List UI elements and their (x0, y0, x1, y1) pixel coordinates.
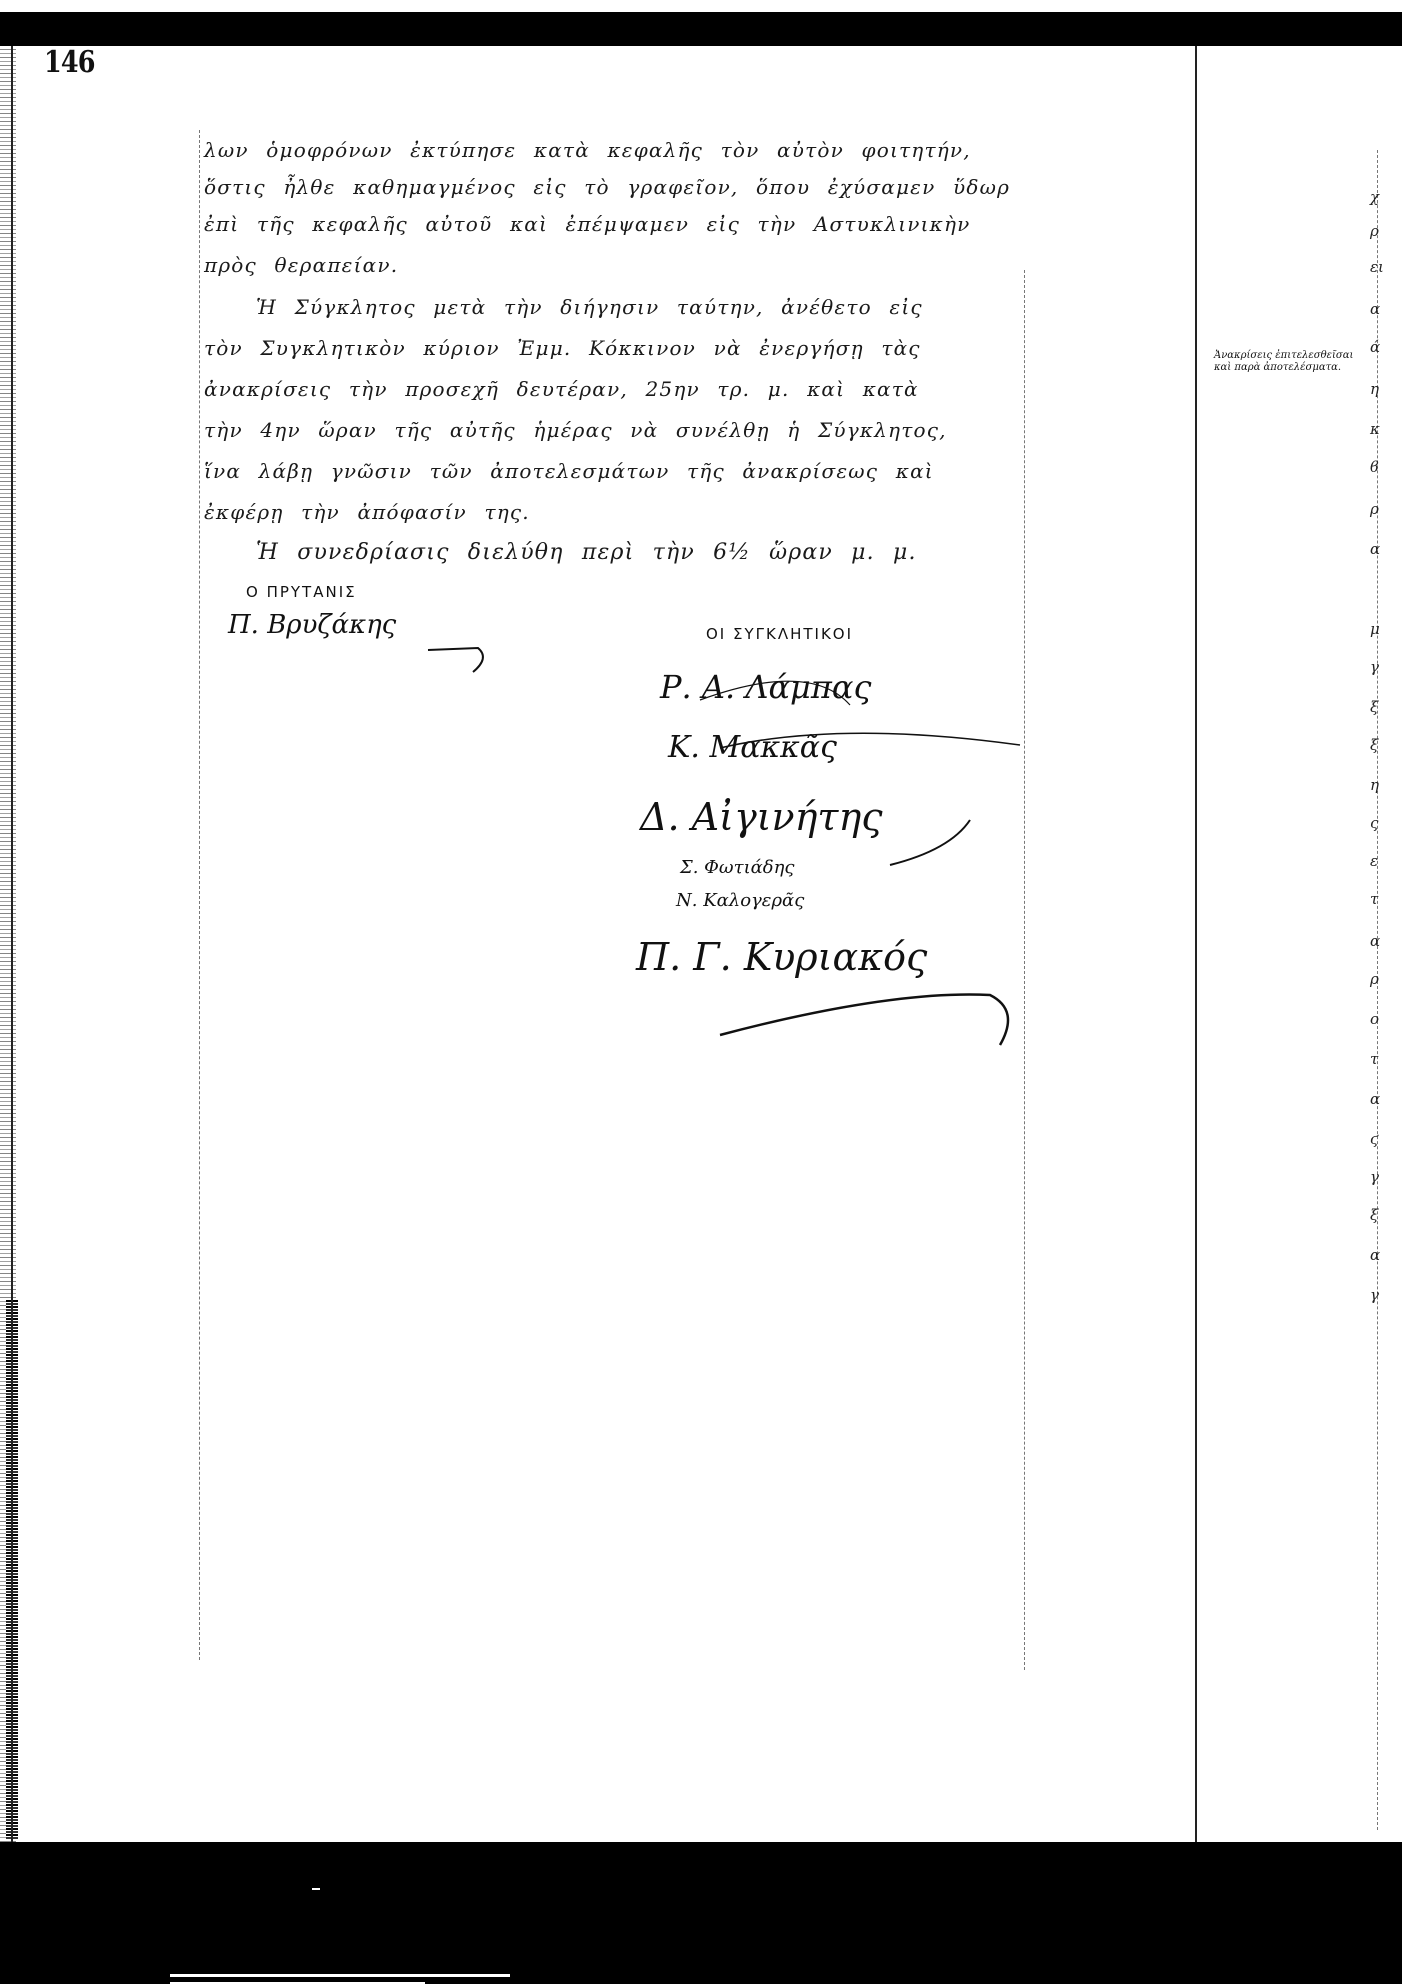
edge-letter: τ (1370, 890, 1378, 908)
body-line: Ἡ Σύγκλητος μετὰ τὴν διήγησιν ταύτην, ἀν… (256, 295, 923, 319)
edge-letter: χ (1370, 188, 1379, 206)
edge-letter: ε (1370, 852, 1378, 870)
edge-letter: γ (1370, 1286, 1379, 1304)
scan-top-border (0, 12, 1402, 46)
body-line: ἀνακρίσεις τὴν προσεχῆ δευτέραν, 25ην τρ… (204, 377, 919, 401)
edge-letter: α (1370, 1246, 1380, 1264)
edge-letter: ο (1370, 1010, 1379, 1028)
scan-bottom-border (0, 1842, 1402, 1984)
edge-letter: η (1370, 380, 1379, 398)
rector-label: Ο ΠΡΥΤΑΝΙΣ (246, 583, 357, 601)
edge-letter: γ (1370, 1168, 1379, 1186)
edge-letter: α (1370, 540, 1380, 558)
body-line: τὸν Συγκλητικὸν κύριον Ἐμμ. Κόκκινον νὰ … (204, 336, 921, 360)
scan-artifact-mark (312, 1888, 320, 1890)
signature-flourishes-icon (690, 650, 1030, 1050)
page-number: 146 (44, 45, 95, 80)
body-line: ὅστις ἦλθε καθημαγμένος εἰς τὸ γραφεῖον,… (204, 175, 1010, 199)
signature-flourish-icon (228, 610, 488, 680)
edge-letter: α (1370, 300, 1380, 318)
margin-annotation: Ἀνακρίσεις ἐπιτελεσθεῖσαι καὶ παρὰ ἀποτε… (1214, 350, 1354, 374)
body-line: τὴν 4ην ὥραν τῆς αὐτῆς ἡμέρας νὰ συνέλθῃ… (204, 418, 947, 442)
edge-letter: ϐ (1370, 458, 1379, 476)
body-line: ἵνα λάβῃ γνῶσιν τῶν ἀποτελεσμάτων τῆς ἀν… (204, 459, 934, 483)
edge-letter: γ (1370, 658, 1379, 676)
adjacent-page-rule (1377, 150, 1378, 1830)
edge-letter: ρ (1370, 970, 1379, 988)
edge-letter: α (1370, 1090, 1380, 1108)
body-line: πρὸς θεραπείαν. (204, 253, 398, 277)
edge-letter: μ (1370, 620, 1380, 638)
edge-letter: ξ (1370, 1206, 1378, 1224)
page-left-border-line (11, 46, 13, 1842)
body-line: λων ὁμοφρόνων ἐκτύπησε κατὰ κεφαλῆς τὸν … (204, 138, 971, 162)
edge-letter: ξ (1370, 736, 1378, 754)
page-fold-line (1195, 46, 1197, 1842)
edge-letter: ά (1370, 338, 1380, 356)
senators-label: ΟΙ ΣΥΓΚΛΗΤΙΚΟΙ (706, 625, 853, 643)
edge-letter: ξ (1370, 698, 1378, 716)
edge-letter: τ (1370, 1050, 1378, 1068)
edge-letter: ρ (1370, 500, 1379, 518)
edge-letter: ς (1370, 814, 1378, 832)
edge-letter: ει (1370, 258, 1384, 276)
edge-letter: ρ (1370, 222, 1379, 240)
rector-signature: Π. Βρυζάκης (228, 610, 396, 640)
left-margin-rule (199, 130, 200, 1660)
body-line: ἐπὶ τῆς κεφαλῆς αὐτοῦ καὶ ἐπέμψαμεν εἰς … (204, 212, 971, 236)
body-line-closing: Ἡ συνεδρίασις διελύθη περὶ τὴν 6½ ὥραν μ… (256, 540, 917, 565)
edge-letter: η (1370, 776, 1379, 794)
body-line: ἐκφέρῃ τὴν ἀπόφασίν της. (204, 500, 530, 524)
scan-artifact-line (340, 1974, 510, 1977)
edge-letter: κ (1370, 420, 1380, 438)
edge-letter: ϛ (1370, 1130, 1378, 1148)
edge-letter: α (1370, 932, 1380, 950)
